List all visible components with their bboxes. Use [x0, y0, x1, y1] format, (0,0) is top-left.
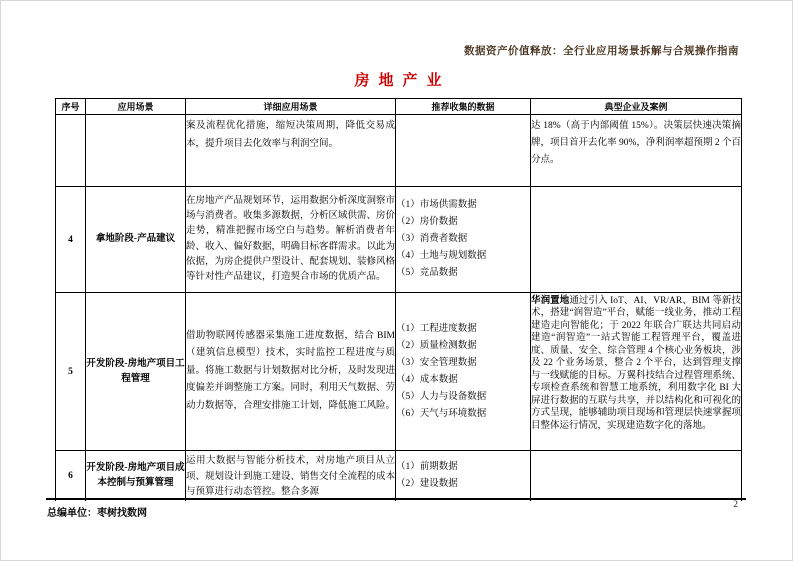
cell-data: （1）市场供需数据 （2）房价数据 （3）消费者数据 （4）土地与规划数据 （5…	[396, 187, 531, 293]
data-item: （1）前期数据	[396, 459, 530, 476]
table-body: 案及流程优化措施，缩短决策周期，降低交易成本，提升项目去化效率与利润空间。 达 …	[56, 115, 742, 501]
page-number: 2	[733, 500, 738, 510]
data-item: （3）安全管理数据	[396, 355, 530, 372]
cell-detail: 运用大数据与智能分析技术，对房地产项目从立项、规划设计到施工建设、销售交付全流程…	[186, 451, 396, 501]
cell-data: （1）前期数据 （2）建设数据	[396, 451, 531, 501]
cell-case	[531, 451, 742, 501]
cell-detail: 在房地产产品规划环节，运用数据分析深度洞察市场与消费者。收集多源数据，分析区域供…	[186, 187, 396, 293]
col-header-serial: 序号	[56, 99, 86, 115]
cell-data	[396, 115, 531, 187]
table-header-row: 序号 应用场景 详细应用场景 推荐收集的数据 典型企业及案例	[56, 99, 742, 115]
cell-scene: 开发阶段-房地产项目工程管理	[86, 293, 186, 451]
table-row-continuation: 案及流程优化措施，缩短决策周期，降低交易成本，提升项目去化效率与利润空间。 达 …	[56, 115, 742, 187]
data-item: （1）市场供需数据	[396, 197, 530, 214]
table-header: 序号 应用场景 详细应用场景 推荐收集的数据 典型企业及案例	[56, 99, 742, 115]
table-row-5: 5 开发阶段-房地产项目工程管理 借助物联网传感器采集施工进度数据，结合 BIM…	[56, 293, 742, 451]
cell-case: 达 18%（高于内部阈值 15%）。决策层快速决策摘牌，项目首开去化率 90%，…	[531, 115, 742, 187]
cell-data: （1）工程进度数据 （2）质量检测数据 （3）安全管理数据 （4）成本数据 （5…	[396, 293, 531, 451]
data-item: （2）质量检测数据	[396, 338, 530, 355]
cell-serial: 5	[56, 293, 86, 451]
table-row-4: 4 拿地阶段-产品建议 在房地产产品规划环节，运用数据分析深度洞察市场与消费者。…	[56, 187, 742, 293]
application-scenarios-table: 序号 应用场景 详细应用场景 推荐收集的数据 典型企业及案例 案及流程优化措施，…	[55, 98, 742, 501]
data-item: （5）竞品数据	[396, 265, 530, 282]
data-item: （4）成本数据	[396, 372, 530, 389]
cell-scene	[86, 115, 186, 187]
case-text: 通过引入 IoT、AI、VR/AR、BIM 等新技术，搭建“润智造”平台，赋能一…	[531, 296, 741, 431]
document-page: 数据资产价值释放：全行业应用场景拆解与合规操作指南 房地产业 序号 应用场景 详…	[0, 0, 793, 561]
col-header-detail: 详细应用场景	[186, 99, 396, 115]
data-item: （4）土地与规划数据	[396, 248, 530, 265]
cell-serial: 6	[56, 451, 86, 501]
data-item: （3）消费者数据	[396, 231, 530, 248]
footer-publisher: 总编单位：枣树找数网	[47, 504, 147, 519]
cell-case: 华润置地通过引入 IoT、AI、VR/AR、BIM 等新技术，搭建“润智造”平台…	[531, 293, 742, 451]
data-item: （6）天气与环境数据	[396, 406, 530, 423]
data-item: （2）建设数据	[396, 476, 530, 493]
page-title: 房地产业	[55, 69, 741, 90]
case-text: 达 18%（高于内部阈值 15%）。决策层快速决策摘牌，项目首开去化率 90%，…	[531, 121, 741, 165]
cell-case	[531, 187, 742, 293]
cell-scene: 拿地阶段-产品建议	[86, 187, 186, 293]
cell-scene: 开发阶段-房地产项目成本控制与预算管理	[86, 451, 186, 501]
data-item: （1）工程进度数据	[396, 321, 530, 338]
case-company-name: 华润置地	[531, 296, 569, 306]
footer-divider	[46, 498, 746, 500]
col-header-case: 典型企业及案例	[531, 99, 742, 115]
cell-serial	[56, 115, 86, 187]
cell-detail: 案及流程优化措施，缩短决策周期，降低交易成本，提升项目去化效率与利润空间。	[186, 115, 396, 187]
cell-detail: 借助物联网传感器采集施工进度数据，结合 BIM（建筑信息模型）技术，实时监控工程…	[186, 293, 396, 451]
doc-header-title: 数据资产价值释放：全行业应用场景拆解与合规操作指南	[464, 43, 739, 58]
col-header-scene: 应用场景	[86, 99, 186, 115]
col-header-data: 推荐收集的数据	[396, 99, 531, 115]
table-row-6: 6 开发阶段-房地产项目成本控制与预算管理 运用大数据与智能分析技术，对房地产项…	[56, 451, 742, 501]
data-item: （2）房价数据	[396, 214, 530, 231]
cell-serial: 4	[56, 187, 86, 293]
data-item: （5）人力与设备数据	[396, 389, 530, 406]
